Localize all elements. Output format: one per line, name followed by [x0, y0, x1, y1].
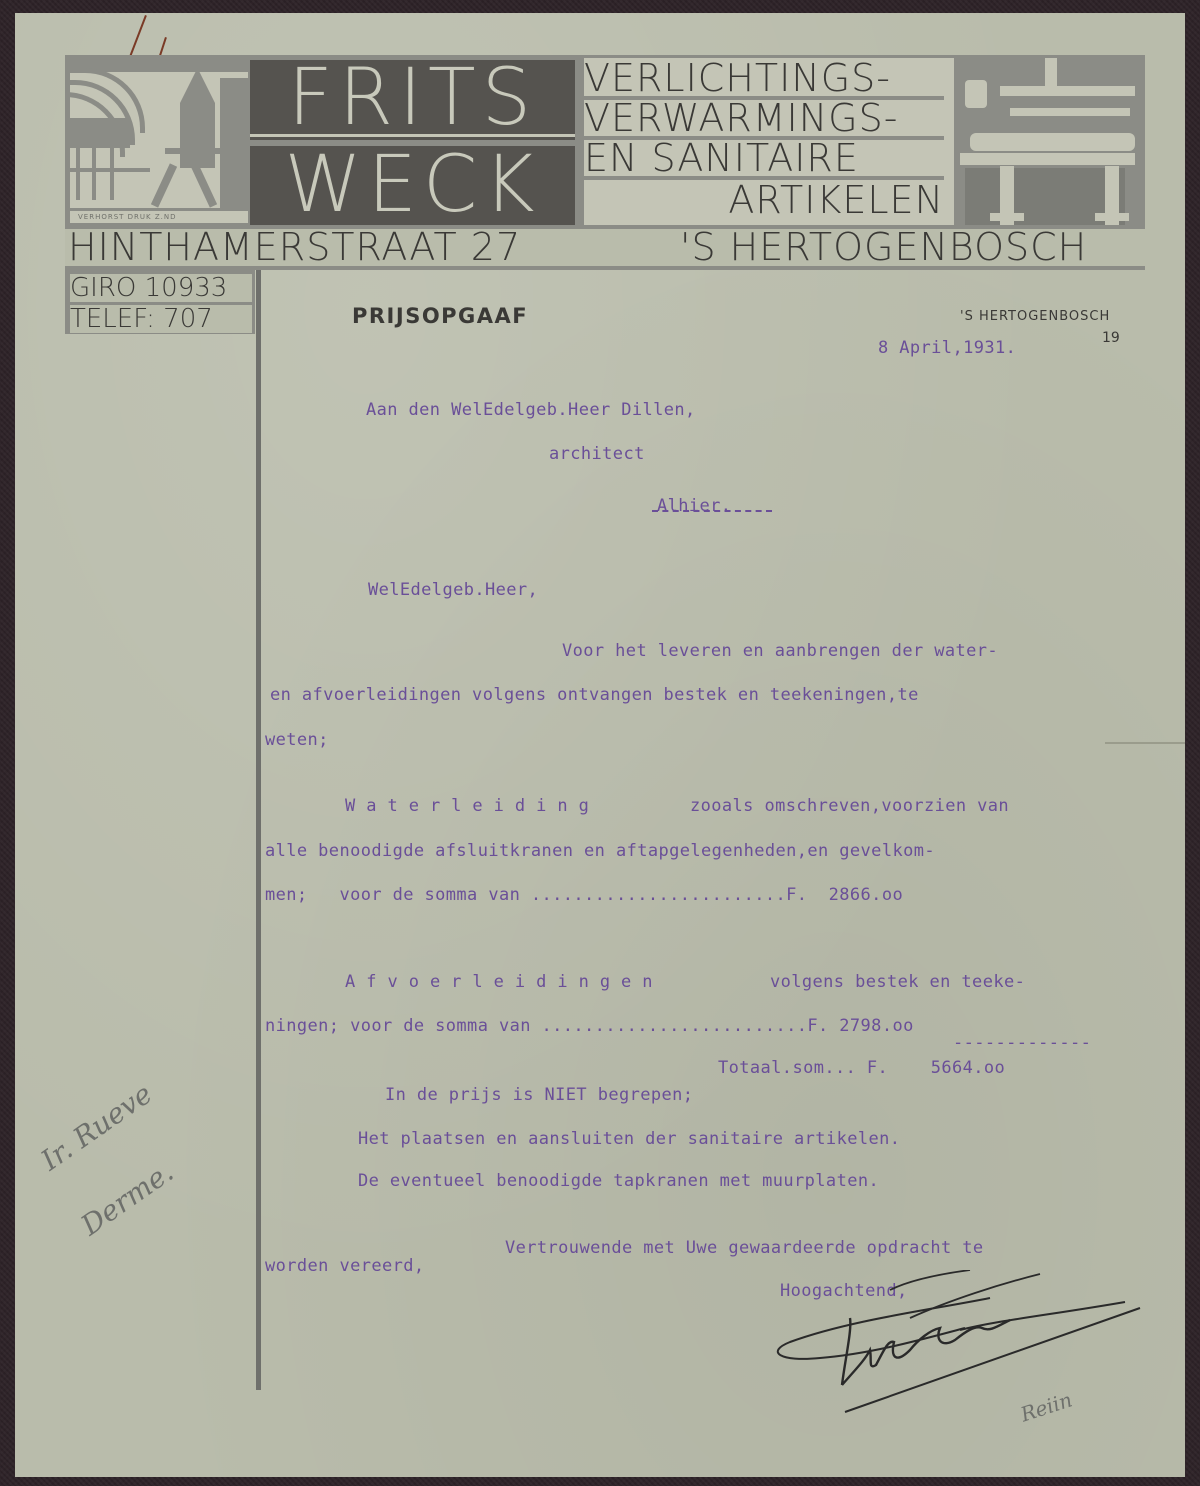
recipient-name: Aan den WelEdelgeb.Heer Dillen,	[366, 400, 696, 420]
item-description: alle benoodigde afsluitkranen en aftapge…	[265, 841, 935, 861]
item-price-line: men; voor de somma van .................…	[265, 885, 903, 905]
address-street: HINTHAMERSTRAAT 27	[68, 226, 521, 268]
item-heading-waterleiding: Waterleiding	[345, 796, 600, 816]
divider	[576, 57, 584, 227]
place-printed: 'S HERTOGENBOSCH	[960, 309, 1110, 324]
year-prefix: 19	[1102, 330, 1120, 346]
closing-line: worden vereerd,	[265, 1256, 425, 1276]
trade-lighting: VERLICHTINGS-	[584, 60, 944, 100]
salutation: WelEdelgeb.Heer,	[368, 580, 538, 600]
shop-interior-illustration: VERHORST DRUK Z.ND	[70, 58, 248, 223]
intro-line: Voor het leveren en aanbrengen der water…	[562, 641, 998, 661]
exclusions-heading: In de prijs is NIET begrepen;	[385, 1085, 693, 1105]
company-name-frits: FRITS	[250, 58, 575, 138]
signature-fritsweck	[760, 1270, 1160, 1430]
recipient-location: Alhier.	[657, 496, 731, 516]
paper-tear	[1105, 742, 1185, 744]
margin-rule	[256, 270, 261, 1390]
trade-heating: VERWARMINGS-	[584, 100, 944, 140]
item-description: volgens bestek en teeke-	[770, 972, 1025, 992]
total-separator: -------------	[953, 1033, 1091, 1053]
trades-list: VERLICHTINGS- VERWARMINGS- EN SANITAIRE …	[584, 58, 954, 225]
closing-line: Vertrouwende met Uwe gewaardeerde opdrac…	[505, 1238, 984, 1258]
printer-credit: VERHORST DRUK Z.ND	[78, 213, 177, 221]
document-type: PRIJSOPGAAF	[352, 304, 528, 328]
item-description: zooals omschreven,voorzien van	[690, 796, 1009, 816]
item-heading-afvoerleidingen: Afvoerleidingen	[345, 972, 664, 992]
address-city: 'S HERTOGENBOSCH	[680, 226, 1087, 268]
exclusion-item: De eventueel benoodigde tapkranen met mu…	[358, 1171, 879, 1191]
intro-line: en afvoerleidingen volgens ontvangen bes…	[270, 685, 919, 705]
letter-date: 8 April,1931.	[878, 338, 1016, 358]
exclusion-item: Het plaatsen en aansluiten der sanitaire…	[358, 1129, 900, 1149]
total-line: Totaal.som... F. 5664.oo	[718, 1058, 1005, 1078]
intro-line: weten;	[265, 730, 329, 750]
underline	[652, 510, 772, 512]
company-name-weck: WECK	[250, 145, 575, 225]
item-price-line: ningen; voor de somma van ..............…	[265, 1016, 914, 1036]
telephone-number: TELEF: 707	[70, 305, 252, 333]
trade-articles: ARTIKELEN	[584, 182, 944, 218]
giro-number: GIRO 10933	[70, 274, 252, 302]
washbasin-illustration	[955, 58, 1140, 225]
trade-sanitary: EN SANITAIRE	[584, 140, 944, 180]
recipient-title: architect	[549, 444, 645, 464]
